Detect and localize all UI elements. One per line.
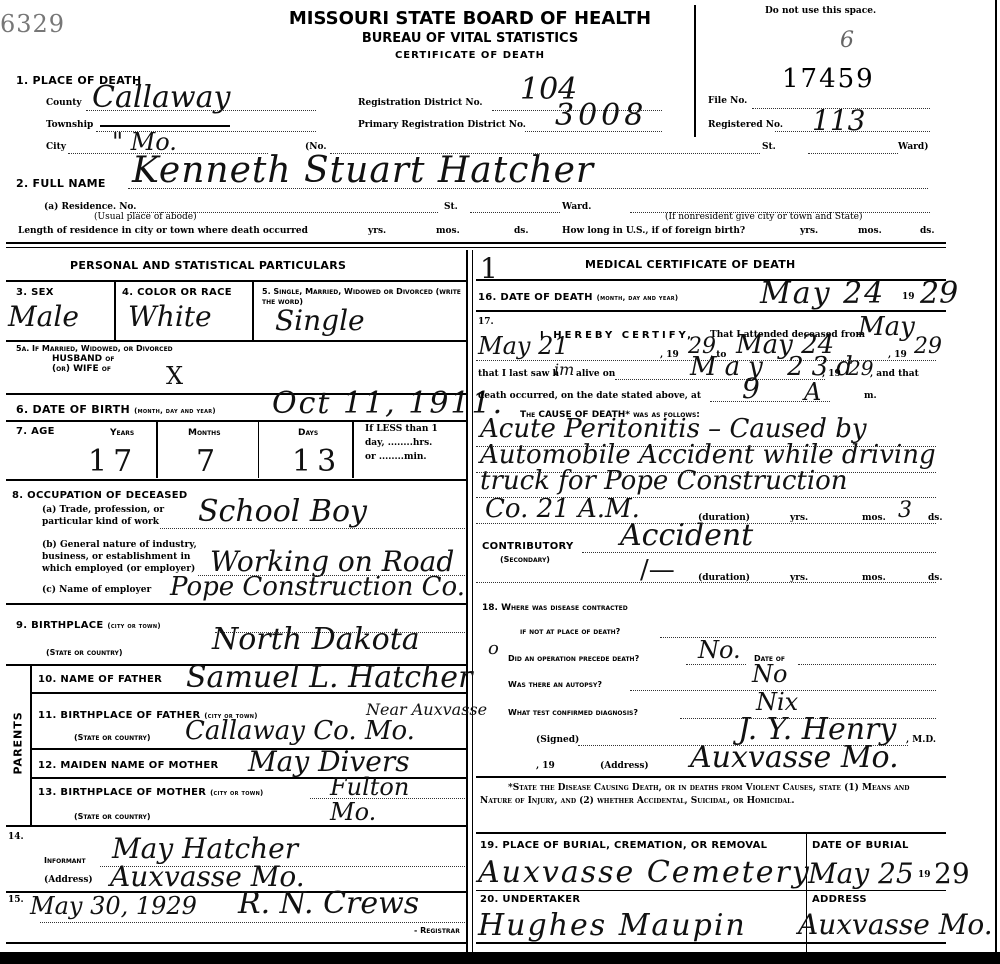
duration-mos: mos. [862,513,886,523]
personal-title-rule [6,280,466,282]
full-name-value: Kenneth Stuart Hatcher [132,150,594,191]
md-label: , M.D. [906,735,936,745]
operation-line [686,664,746,665]
residence-ward-line [470,212,560,213]
last-saw-pronoun: im [554,360,574,379]
residence-st-label: St. [444,202,458,212]
secondary-label: (Secondary) [500,555,550,564]
not-at-place-label: if not at place of death? [520,627,620,636]
mother-bp-city: Fulton [330,773,409,801]
occ-a-value: School Boy [198,494,367,529]
row-8-rule [6,603,466,605]
father-bp-state: Callaway Co. Mo. [185,716,415,746]
column-divider-right [472,250,473,960]
less-min: or ........min. [365,452,427,462]
city-ward-line [808,153,898,154]
sig-date-label: , 19 [536,761,555,771]
signed-rule [476,776,946,778]
duration-ds: ds. [928,513,943,523]
birthplace-value: North Dakota [212,622,420,657]
do-not-use-note: Do not use this space. [765,6,876,16]
stamp-number: 17459 [782,64,875,94]
residence-ward-label: Ward. [562,202,591,212]
death-time: 9 [742,372,760,405]
form-title: MISSOURI STATE BOARD OF HEALTH [240,8,700,29]
date-of-line [798,664,936,665]
father-bp-label-text: 11. BIRTHPLACE OF FATHER [38,710,200,721]
attended-to-year-prefix: , 19 [888,350,907,360]
length-mos: mos. [436,226,460,236]
primary-district-value: 3008 [555,98,647,133]
death-ampm: A [804,378,821,406]
header-divider [694,5,696,137]
spouse-label-2: HUSBAND of [52,354,114,364]
age-days-label: Days [298,428,318,438]
sex-label: 3. SEX [16,287,54,298]
attended-from-month: May [858,312,915,342]
contributory-duration-label: (duration) [698,573,750,583]
m-label: m. [864,391,877,401]
foreign-yrs: yrs. [800,226,818,236]
informant-addr-label: (Address) [44,875,93,885]
burial-year-prefix: 19 [918,870,931,880]
header-rule-2 [6,247,946,248]
contributory-mark: /— [640,555,675,585]
where-contracted-label: 18. Where was disease contracted [482,603,628,613]
burial-year: 29 [934,857,970,890]
less-than-1: If LESS than 1 [365,424,438,434]
stamp-mark: 6 [840,28,854,53]
city-label: City [46,142,66,152]
operation-label: Did an operation precede death? [508,654,639,663]
row-6-rule [6,420,466,422]
race-label: 4. COLOR OR RACE [122,287,232,298]
footnote-rule [476,832,946,834]
undertaker-rule [476,942,946,944]
contributory-mos: mos. [862,573,886,583]
age-years-divider [156,422,158,478]
filed-date: May 30, 1929 [30,892,197,920]
spouse-value: X [166,362,183,390]
parents-label: PARENTS [12,715,25,775]
attended-to-year: 29 [914,334,942,359]
mother-bp-state-label: (State or country) [74,812,151,821]
father-bp-state-label: (State or country) [74,733,151,742]
age-days-divider [352,422,354,478]
row-13-rule [6,825,466,827]
form-subtitle: BUREAU OF VITAL STATISTICS [240,31,700,46]
spouse-label-1: 5a. If Married, Widowed, or Divorced [16,344,173,353]
parents-divider [30,665,32,825]
mother-bp-label-text: 13. BIRTHPLACE OF MOTHER [38,787,206,798]
column-divider-left [466,250,468,960]
birthplace-label: 9. BIRTHPLACE (city or town) [16,620,161,631]
length-ds: ds. [514,226,529,236]
registered-no-label: Registered No. [708,120,783,130]
death-occurred-label: death occurred, on the date stated above… [478,391,701,401]
age-days-value: 13 [292,444,342,479]
autopsy-value: No [752,660,787,688]
mother-bp-state: Mo. [330,798,376,826]
mother-label: 12. MAIDEN NAME OF MOTHER [38,760,218,771]
nonresident-note: (If nonresident give city or town and St… [665,212,863,222]
age-months-label: Months [188,428,221,438]
age-label: 7. AGE [16,426,55,437]
less-hrs: day, ........hrs. [365,438,432,448]
township-label: Township [46,120,93,130]
row-15-rule [6,942,466,944]
full-name-label: 2. FULL NAME [16,177,106,190]
burial-row-rule [476,890,946,891]
birthplace-sub: (city or town) [107,622,161,630]
dob-value: Oct 11, 1911. [272,386,504,421]
filed-num: 15. [8,895,24,905]
city-st-label: St. [762,142,776,152]
residence-label: (a) Residence. No. [44,202,136,212]
autopsy-label: Was there an autopsy? [508,680,602,689]
duration-days: 3 [898,498,912,523]
medical-section-title: MEDICAL CERTIFICATE OF DEATH [585,258,796,271]
undertaker-address-value: Auxvasse Mo. [798,908,993,941]
dod-year: 29 [920,276,958,311]
township-strikeout [100,125,230,127]
contributory-value: Accident [620,518,753,553]
informant-label: Informant [44,856,86,865]
doctor-address-label: (Address) [600,761,649,771]
dob-label: 6. DATE OF BIRTH (month, day and year) [16,403,216,416]
age-years-value: 17 [88,444,138,479]
row-10-rule [32,692,466,694]
corner-file-number: 6329 [0,10,65,38]
age-months-divider [258,422,259,478]
right-border [995,0,997,964]
mother-bp-label: 13. BIRTHPLACE OF MOTHER (city or town) [38,787,264,798]
dod-value: May 24 [760,276,885,311]
filed-line [40,922,465,923]
foreign-mos: mos. [858,226,882,236]
header-rule-1 [6,242,946,244]
primary-district-label: Primary Registration District No. [358,120,526,130]
occ-a-label-2: particular kind of work [42,517,159,527]
dob-label-text: 6. DATE OF BIRTH [16,403,130,416]
spouse-label-3: (or) WIFE of [52,364,111,374]
last-saw-label: that I last saw h [478,369,559,379]
age-months-value: 7 [196,444,215,479]
birthplace-state-label: (State or country) [46,648,123,657]
attended-from: May 21 [478,332,569,360]
row-7-rule [6,479,466,481]
registrar-signature: R. N. Crews [238,886,419,921]
occ-c-label: (c) Name of employer [42,585,151,595]
undertaker-address-label: ADDRESS [812,894,867,905]
reg-district-label: Registration District No. [358,98,483,108]
father-value: Samuel L. Hatcher [186,660,472,695]
dod-sub: (month, day and year) [597,294,679,302]
contributory-label: CONTRIBUTORY [482,541,574,552]
doctor-address-value: Auxvasse Mo. [690,740,899,775]
contributory-yrs: yrs. [790,573,808,583]
foreign-birth-label: How long in U.S., if of foreign birth? [562,226,745,236]
dod-label-text: 16. DATE OF DEATH [478,292,593,303]
foreign-ds: ds. [920,226,935,236]
father-label: 10. NAME OF FATHER [38,674,162,685]
occ-b-label-2: business, or establishment in [42,552,190,562]
file-no-label: File No. [708,96,747,106]
age-years-label: Years [110,428,134,438]
duration-yrs: yrs. [790,513,808,523]
burial-date-value: May 25 [808,857,914,890]
and-that-label: , and that [870,369,919,379]
sex-value: Male [8,300,79,333]
cert-num: 17. [478,317,494,327]
mother-bp-sub: (city or town) [210,789,264,797]
registered-no-value: 113 [812,104,865,137]
length-residence-label: Length of residence in city or town wher… [18,226,308,236]
contributory-ds: ds. [928,573,943,583]
form-name: CERTIFICATE OF DEATH [240,50,700,61]
last-saw-year-prefix: , 19 [822,369,841,379]
city-ward-label: Ward) [898,142,928,152]
occ-a-label-1: (a) Trade, profession, or [42,505,164,515]
occ-c-value: Pope Construction Co. [170,572,465,602]
informant-num: 14. [8,832,24,842]
dod-label: 16. DATE OF DEATH (month, day and year) [478,292,678,303]
operation-mark: o [488,638,499,659]
undertaker-label: 20. UNDERTAKER [480,894,580,905]
birthplace-label-text: 9. BIRTHPLACE [16,620,104,631]
personal-section-title: PERSONAL AND STATISTICAL PARTICULARS [70,259,346,272]
dod-year-prefix: 19 [902,292,915,302]
cause-line-3: truck for Pope Construction [480,466,848,496]
occupation-label: 8. OCCUPATION OF DECEASED [12,490,188,501]
test-label: What test confirmed diagnosis? [508,708,638,717]
dob-sub: (month, day and year) [134,407,216,415]
undertaker-value: Hughes Maupin [478,908,747,943]
residence-sub: (Usual place of abode) [94,212,197,222]
occ-b-label-1: (b) General nature of industry, [42,540,197,550]
cause-line-4: Co. 21 A.M. [485,494,640,524]
county-label: County [46,98,82,108]
alive-on-label: alive on [576,369,615,379]
row-3-5-rule [6,340,466,342]
length-yrs: yrs. [368,226,386,236]
county-value: Callaway [92,80,230,115]
sex-divider [114,282,116,340]
bottom-bar [0,952,1000,964]
registrar-label: - Registrar [414,926,460,935]
race-value: White [128,300,212,333]
operation-value: No. [698,636,741,664]
marital-value: Single [275,304,365,337]
burial-place-value: Auxvasse Cemetery [478,855,811,890]
burial-date-label: DATE OF BURIAL [812,840,909,851]
race-divider [252,282,254,340]
signed-label: (Signed) [536,735,579,745]
attended-from-year-prefix: , 19 [660,350,679,360]
burial-place-label: 19. PLACE OF BURIAL, CREMATION, OR REMOV… [480,840,767,851]
cause-footnote: *State the Disease Causing Death, or in … [480,782,940,808]
